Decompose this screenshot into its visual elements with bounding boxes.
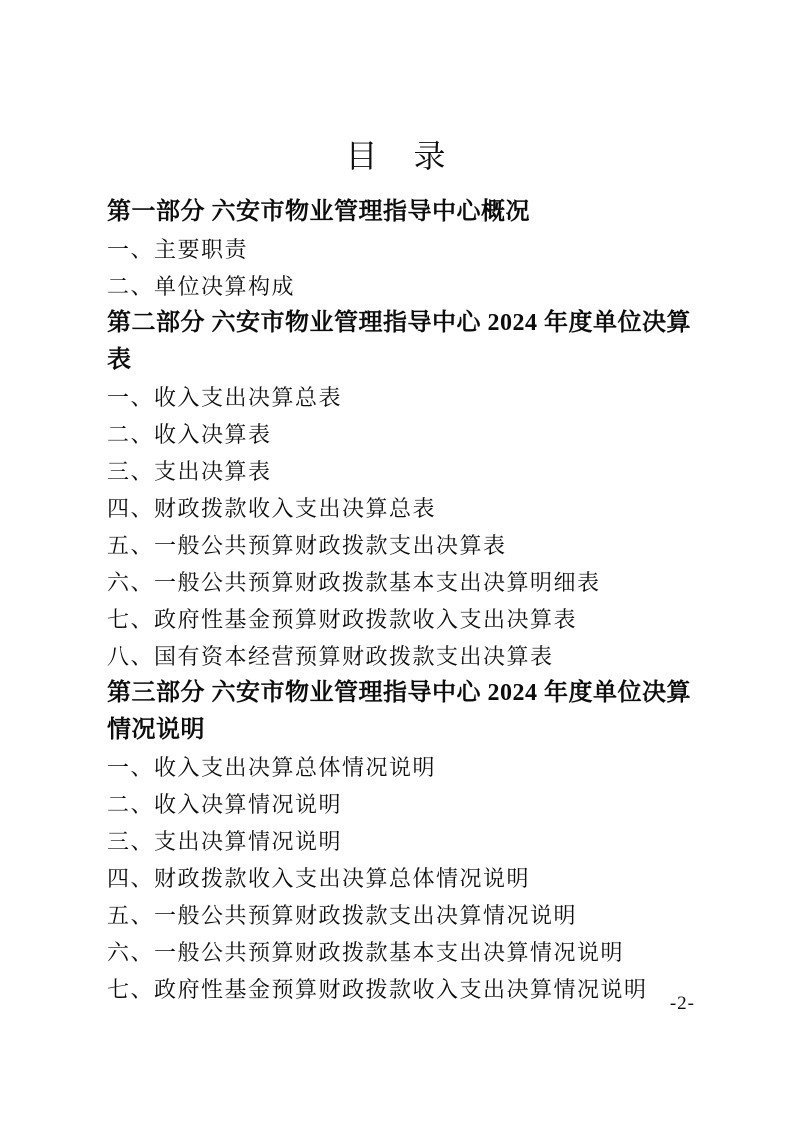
toc-line: 二、单位决算构成 xyxy=(107,268,703,305)
toc-line: 第二部分 六安市物业管理指导中心 2024 年度单位决算 xyxy=(107,305,703,342)
toc-line: 第三部分 六安市物业管理指导中心 2024 年度单位决算 xyxy=(107,675,703,712)
toc-line: 一、收入支出决算总表 xyxy=(107,379,703,416)
toc-line: 三、支出决算情况说明 xyxy=(107,823,703,860)
page-title: 目 录 xyxy=(0,136,793,176)
toc-line: 第一部分 六安市物业管理指导中心概况 xyxy=(107,194,703,231)
toc-line: 情况说明 xyxy=(107,712,703,749)
toc-line: 七、政府性基金预算财政拨款收入支出决算表 xyxy=(107,601,703,638)
toc-line: 一、收入支出决算总体情况说明 xyxy=(107,749,703,786)
toc-list: 第一部分 六安市物业管理指导中心概况一、主要职责二、单位决算构成第二部分 六安市… xyxy=(0,194,793,1008)
toc-line: 六、一般公共预算财政拨款基本支出决算明细表 xyxy=(107,564,703,601)
toc-line: 七、政府性基金预算财政拨款收入支出决算情况说明 xyxy=(107,971,703,1008)
toc-line: 四、财政拨款收入支出决算总体情况说明 xyxy=(107,860,703,897)
toc-line: 二、收入决算表 xyxy=(107,416,703,453)
toc-line: 八、国有资本经营预算财政拨款支出决算表 xyxy=(107,638,703,675)
page-number: -2- xyxy=(670,993,695,1015)
toc-line: 五、一般公共预算财政拨款支出决算表 xyxy=(107,527,703,564)
toc-line: 二、收入决算情况说明 xyxy=(107,786,703,823)
toc-line: 表 xyxy=(107,342,703,379)
toc-line: 六、一般公共预算财政拨款基本支出决算情况说明 xyxy=(107,934,703,971)
document-page: 目 录 第一部分 六安市物业管理指导中心概况一、主要职责二、单位决算构成第二部分… xyxy=(0,0,793,1122)
toc-line: 三、支出决算表 xyxy=(107,453,703,490)
toc-line: 四、财政拨款收入支出决算总表 xyxy=(107,490,703,527)
toc-line: 一、主要职责 xyxy=(107,231,703,268)
toc-line: 五、一般公共预算财政拨款支出决算情况说明 xyxy=(107,897,703,934)
